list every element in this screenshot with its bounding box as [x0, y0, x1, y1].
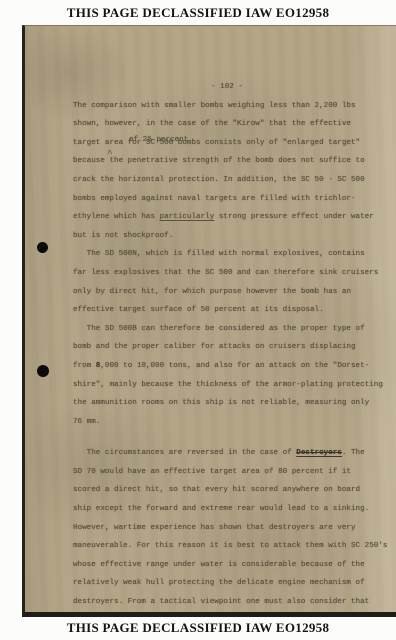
typed-line: shire", mainly because the thickness of …: [73, 376, 395, 395]
typed-line: maneuverable. For this reason it is best…: [73, 537, 395, 556]
typed-line: SD 70 would have an effective target are…: [73, 463, 395, 482]
typed-line: only by direct hit, for which purpose ho…: [73, 283, 395, 302]
typed-line: scored a direct hit, so that every hit s…: [73, 481, 395, 500]
page-number: - 102 -: [73, 78, 381, 97]
typed-line: ethylene which has particularly strong p…: [73, 208, 395, 227]
typed-line: relatively weak hull protecting the deli…: [73, 574, 395, 593]
typed-line: because the penetrative strength of the …: [73, 152, 395, 171]
typed-line: crack the horizontal protection. In addi…: [73, 171, 395, 190]
hole-punch-dot-top: [37, 242, 48, 253]
typed-line: whose effective range under water is con…: [73, 556, 395, 575]
hole-punch-dot-bottom: [37, 365, 49, 377]
declassification-header: THIS PAGE DECLASSIFIED IAW EO12958: [0, 5, 396, 21]
typed-line: ship except the forward and extreme rear…: [73, 500, 395, 519]
typed-line: The SD 500B can therefore be considered …: [73, 320, 395, 339]
typed-line: shown, however, in the case of the "Kiro…: [73, 115, 395, 134]
typed-line: 76 mm.: [73, 413, 395, 432]
typed-line: effective target surface of 50 percent a…: [73, 301, 395, 320]
typed-line: The comparison with smaller bombs weighi…: [73, 97, 395, 116]
typed-line: far less explosives that the SC 500 and …: [73, 264, 395, 283]
typed-line: target area for SC 500 bombs consists on…: [73, 134, 395, 153]
typed-line: from 8,000 to 10,000 tons, and also for …: [73, 357, 395, 376]
typed-line: The SD 500N, which is filled with normal…: [73, 245, 395, 264]
typed-line: However, wartime experience has shown th…: [73, 519, 395, 538]
typed-body: The comparison with smaller bombs weighi…: [73, 97, 395, 612]
typed-line: bomb and the proper caliber for attacks …: [73, 338, 395, 357]
scanned-page: of 25 percent ^ - 102 - The comparison w…: [22, 25, 396, 617]
typed-line: the ammunition rooms on this ship is not…: [73, 394, 395, 413]
declassification-footer: THIS PAGE DECLASSIFIED IAW EO12958: [0, 620, 396, 636]
typed-line: but is not shockproof.: [73, 227, 395, 246]
typed-text-column: - 102 - The comparison with smaller bomb…: [73, 78, 395, 612]
typed-line: destroyers. From a tactical viewpoint on…: [73, 593, 395, 612]
typed-line: bombs employed against naval targets are…: [73, 190, 395, 209]
typed-line: The circumstances are reversed in the ca…: [73, 444, 395, 463]
